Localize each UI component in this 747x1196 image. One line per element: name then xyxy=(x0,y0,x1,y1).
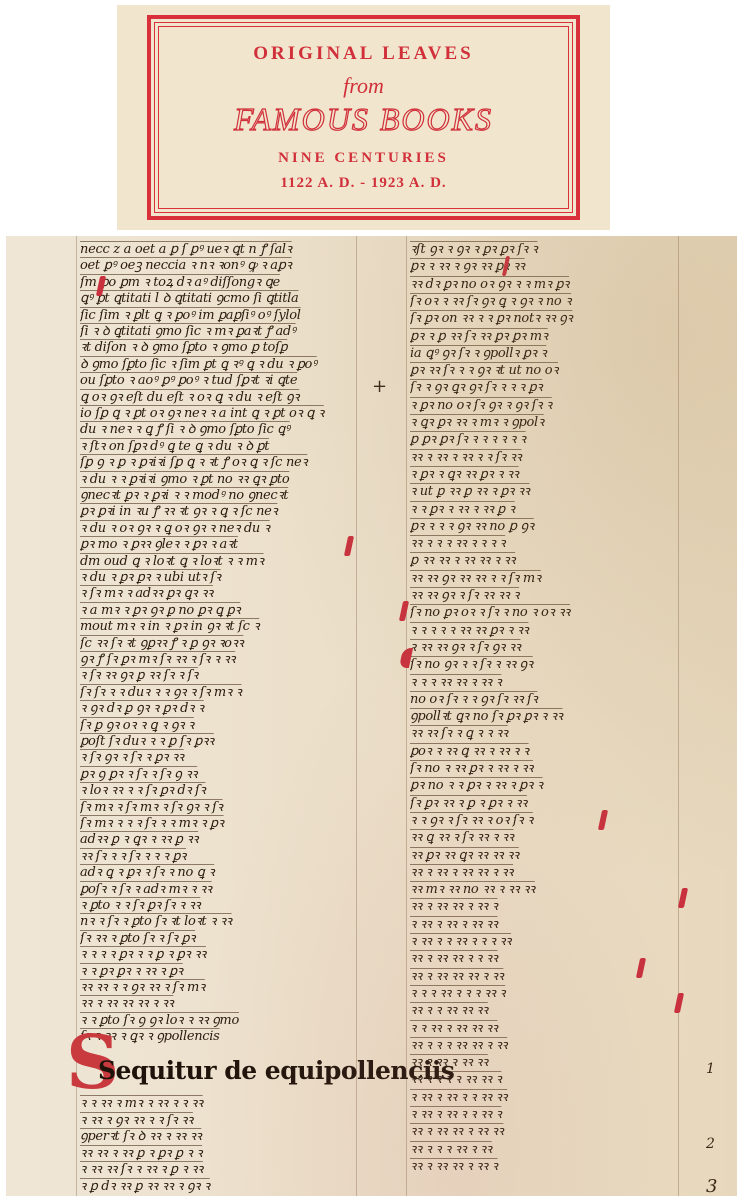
title-famous-books: FAMOUS BOOKS xyxy=(117,101,610,138)
title-card: ORIGINAL LEAVES from FAMOUS BOOKS NINE C… xyxy=(117,5,610,230)
manuscript-column-left: necc z a oet a ꝑ ſ ꝑꝰ ueꝛ ꝗt n ꝭ ſalꝛoet… xyxy=(80,236,354,1196)
margin-cross-mark: + xyxy=(372,376,387,397)
ruling-line-left-inner xyxy=(356,236,357,1196)
title-original-leaves: ORIGINAL LEAVES xyxy=(117,43,610,65)
title-card-text: ORIGINAL LEAVES from FAMOUS BOOKS NINE C… xyxy=(117,5,610,230)
manuscript-text-line: ꝛꝛ ꝛ ꝛꝛ ꝛꝛ ꝛ ꝛꝛ ꝛ xyxy=(410,1157,676,1177)
red-paragraph-mark xyxy=(399,601,409,621)
title-nine-centuries: NINE CENTURIES xyxy=(117,150,610,167)
title-from: from xyxy=(117,73,610,99)
rubric-heading: Sequitur de equipollenciis xyxy=(98,1056,454,1085)
ruling-line-right-outer xyxy=(406,236,407,1196)
title-date-range: 1122 A. D. - 1923 A. D. xyxy=(117,175,610,192)
margin-numeral-1: 1 xyxy=(706,1061,715,1077)
ruling-line-right-inner xyxy=(678,236,679,1196)
manuscript-text-line: ꝛ ꝑ dꝛ ꝛꝛ ꝑ ꝛꝛ ꝛꝛ ꝛ ꝯꝛ ꝛ xyxy=(80,1177,354,1196)
manuscript-text-line: ſꝛ ꝛ ꝛꝛ ꝛ ꝗꝛ ꝛ ꝯpollencis xyxy=(80,1027,354,1047)
manuscript-leaf: necc z a oet a ꝑ ſ ꝑꝰ ueꝛ ꝗt n ꝭ ſalꝛoet… xyxy=(6,236,737,1196)
red-paragraph-mark xyxy=(678,888,688,908)
margin-numeral-3: 3 xyxy=(706,1176,717,1196)
margin-numeral-2: 2 xyxy=(706,1136,715,1152)
manuscript-column-right: ꝛſt ꝯꝛ ꝛ ꝯꝛ ꝛ ꝑꝛ ꝑꝛ ſꝛ ꝛꝑꝛ ꝛ ꝛꝛ ꝛ ꝯꝛ ꝛꝛ … xyxy=(410,236,676,1196)
